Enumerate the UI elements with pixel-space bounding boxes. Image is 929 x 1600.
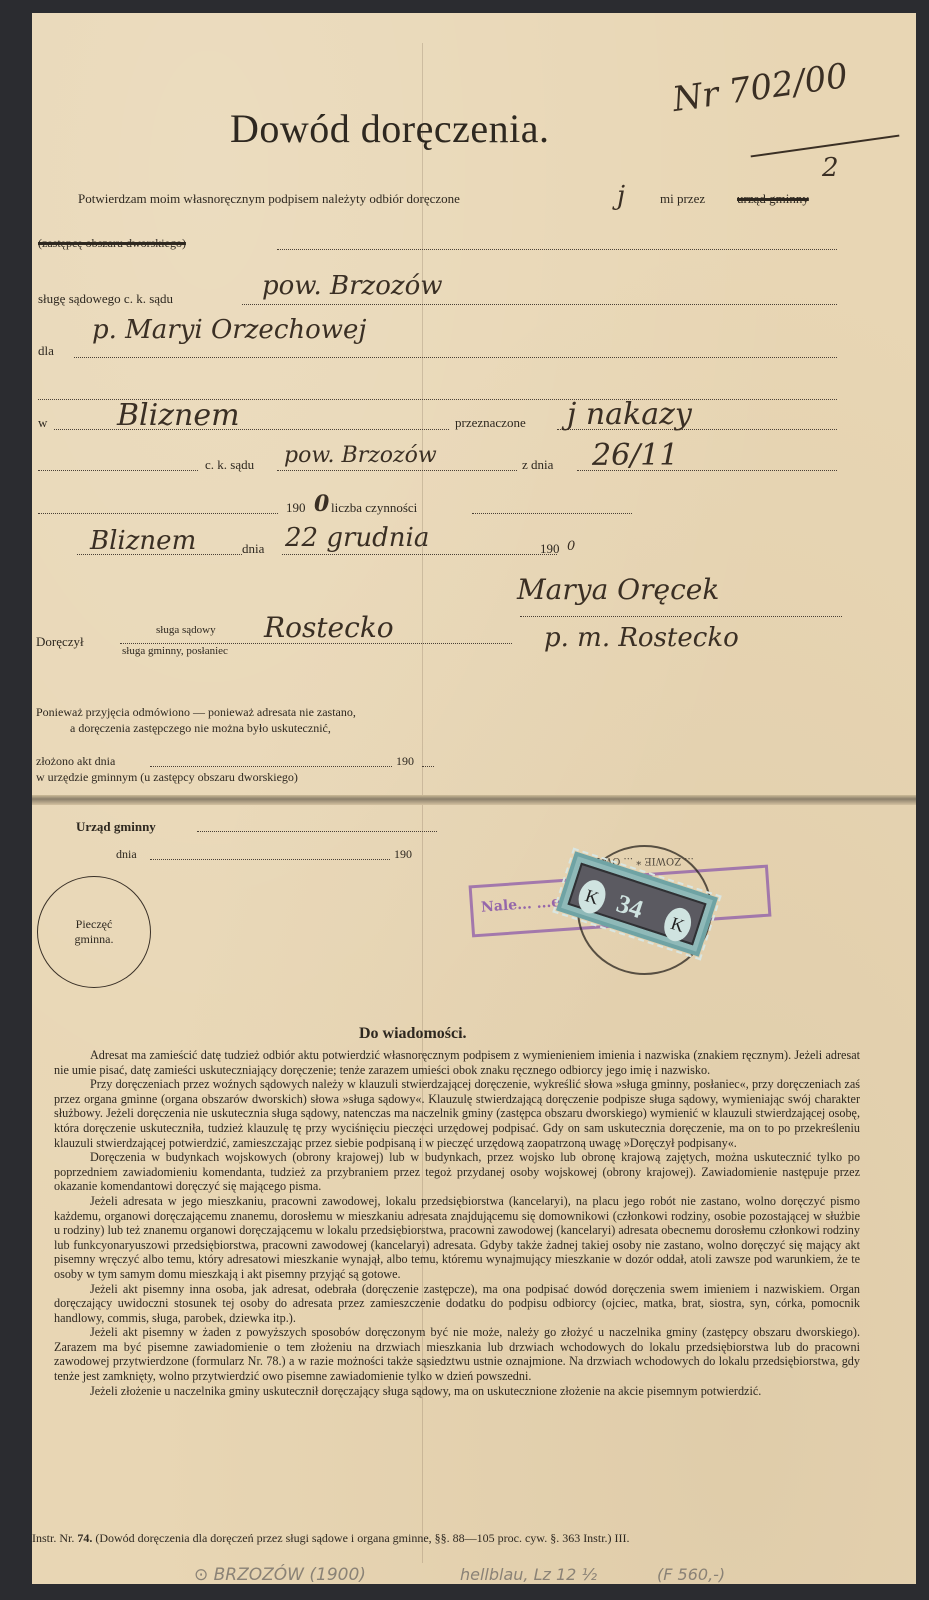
handwritten-year: 0	[314, 491, 329, 517]
notice-paragraph: Jeżeli akt pisemny w żaden z powyższych …	[54, 1325, 860, 1383]
deposited-where: w urzędzie gminnym (u zastępcy obszaru d…	[36, 770, 298, 785]
dotted-line	[54, 429, 449, 430]
dotted-line	[472, 513, 632, 514]
year-prefix-2: 190	[540, 541, 560, 557]
dotted-line	[422, 766, 434, 767]
dotted-line	[150, 766, 392, 767]
handwritten-reference: Nr 702/00	[670, 56, 850, 120]
day-label: dnia	[242, 541, 264, 557]
signature-line	[520, 616, 842, 617]
office-label: Urząd gminny	[76, 819, 156, 835]
document-title: Dowód doręczenia.	[230, 105, 549, 152]
notice-paragraph: Adresat ma zamieścić datę tudzież odbiór…	[54, 1048, 860, 1077]
action-number-label: liczba czynności	[331, 500, 417, 516]
municipal-seal-area: Pieczęć gminna.	[37, 876, 151, 988]
pencil-place: ⊙ BRZOZÓW (1900)	[194, 1565, 366, 1585]
dotted-line	[38, 470, 198, 471]
deposited-label: złożono akt dnia	[36, 754, 115, 769]
seal-label-1: Pieczęć	[38, 917, 150, 932]
revenue-stamp-k-right: K	[660, 904, 695, 944]
handwritten-place: Bliznem	[117, 398, 240, 433]
ck-court-label: c. k. sądu	[205, 457, 254, 473]
recipient-signature: Marya Oręcek	[517, 573, 719, 606]
in-label: w	[38, 415, 47, 431]
dotted-line	[74, 357, 837, 358]
handwritten-place-2: Bliznem	[90, 526, 196, 556]
notice-paragraph: Jeżeli akt pisemny inna osoba, jak adres…	[54, 1282, 860, 1326]
notice-paragraph: Doręczenia w budynkach wojskowych (obron…	[54, 1150, 860, 1194]
instr-prefix: Instr. Nr.	[32, 1531, 74, 1545]
court-servant-label: sługę sądowego c. k. sądu	[38, 291, 173, 307]
handwritten-reference-sub: 2	[822, 153, 839, 183]
delivered-label: Doręczył	[36, 634, 84, 650]
handwritten-addressee: p. Maryi Orzechowej	[92, 315, 367, 345]
intended-label: przeznaczone	[455, 415, 526, 431]
struck-deputy: (zastępcę obszaru dworskiego)	[38, 236, 186, 251]
deposited-year: 190	[396, 754, 414, 769]
instr-text: (Dowód doręczenia dla doręczeń przez słu…	[95, 1531, 629, 1545]
refusal-line-1: Ponieważ przyjęcia odmówiono — ponieważ …	[36, 705, 356, 720]
office-date-label: dnia	[116, 847, 137, 862]
horizontal-fold	[32, 795, 916, 805]
pencil-price: (F 560,-)	[657, 1565, 725, 1584]
handwritten-court: pow. Brzozów	[262, 271, 443, 301]
of-day-label: z dnia	[522, 457, 553, 473]
handwritten-year-2: 0	[567, 539, 575, 554]
form-footer: Instr. Nr. 74. (Dowód doręczenia dla dor…	[32, 1531, 630, 1546]
document-sheet: Dowód doręczenia. Nr 702/00 2 Potwierdza…	[32, 13, 916, 1584]
notice-paragraph: Jeżeli złożenie u naczelnika gminy uskut…	[54, 1384, 860, 1399]
office-year: 190	[394, 847, 412, 862]
dotted-line	[38, 513, 278, 514]
recipient-signature-proxy: p. m. Rostecko	[544, 623, 739, 653]
instr-number: 74.	[77, 1531, 92, 1545]
confirmation-text: Potwierdzam moim własnoręcznym podpisem …	[78, 191, 460, 207]
seal-label-2: gminna.	[38, 932, 150, 947]
notice-paragraph: Jeżeli adresata w jego mieszkaniu, praco…	[54, 1194, 860, 1282]
notice-paragraph: Przy doręczeniach przez woźnych sądowych…	[54, 1077, 860, 1150]
notice-body: Adresat ma zamieścić datę tudzież odbiór…	[54, 1048, 860, 1398]
notice-title: Do wiadomości.	[359, 1025, 467, 1043]
dotted-line	[282, 554, 557, 555]
role-court-servant: sługa sądowy	[156, 624, 216, 636]
revenue-stamp-k-left: K	[574, 877, 609, 917]
dotted-line	[197, 831, 437, 832]
year-prefix: 190	[286, 500, 306, 516]
handwritten-j: j	[617, 181, 625, 211]
handwritten-deliverer: Rostecko	[264, 611, 394, 644]
handwritten-date: 26/11	[592, 438, 678, 473]
dotted-line	[277, 249, 837, 250]
struck-municipal-office: urząd gminny	[737, 191, 809, 207]
handwritten-day: 22 grudnia	[285, 523, 429, 553]
for-label: dla	[38, 343, 54, 359]
by-text: mi przez	[660, 191, 705, 207]
refusal-line-2: a doręczenia zastępczego nie można było …	[70, 721, 331, 736]
pencil-color: hellblau, Lz 12 ½	[460, 1565, 597, 1584]
handwritten-intended: j nakazy	[567, 397, 692, 432]
dotted-line	[150, 859, 390, 860]
dotted-line	[277, 470, 517, 471]
role-municipal-servant: sługa gminny, posłaniec	[122, 645, 228, 657]
dotted-line	[242, 304, 837, 305]
revenue-stamp-value: 34	[613, 889, 647, 926]
handwritten-court-2: pow. Brzozów	[284, 443, 437, 468]
